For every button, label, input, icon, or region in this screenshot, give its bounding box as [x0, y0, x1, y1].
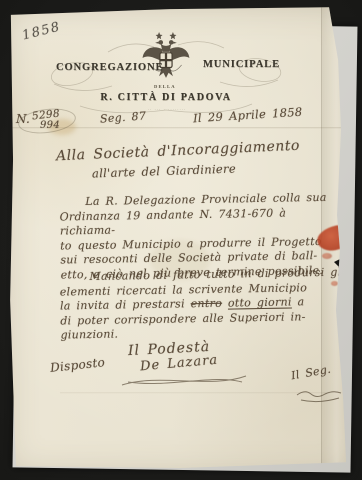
org-name-left: CONGREGAZIONE	[56, 62, 163, 73]
address-line-2: all'arte del Giardiniere	[92, 161, 236, 180]
star-icon	[156, 32, 163, 39]
disposto-note: Disposto	[49, 355, 105, 375]
letterhead: CONGREGAZIONE MUNICIPALE DELLA R. CITTÀ …	[50, 26, 282, 118]
protocol-number-label: N.	[16, 112, 30, 126]
section-number: Seg. 87	[100, 109, 147, 125]
body-line-segment: la invita di prestarsi	[60, 297, 191, 312]
strikethrough-word: entro	[191, 297, 223, 311]
eagle-emblem	[140, 28, 192, 88]
star-icon	[169, 32, 176, 39]
underlined-phrase: otto giorni	[228, 296, 292, 310]
signature-flourish	[118, 371, 250, 389]
city-banner: R. CITTÀ DI PADOVA	[78, 92, 254, 103]
scanned-letter-page: 1858	[0, 0, 362, 480]
protocol-number: N. 5298 994	[14, 108, 84, 138]
protocol-number-bottom: 994	[40, 120, 60, 131]
org-name-right: MUNICIPALE	[203, 59, 280, 70]
fold-crease-horizontal-2	[60, 392, 330, 394]
body-paragraph-2: Mancando di fatto tutto in di prodursi g…	[59, 265, 350, 343]
paper-sheet: 1858	[0, 0, 362, 480]
body-line-segment: a	[292, 295, 305, 308]
della-label: DELLA	[154, 84, 176, 89]
secretary-paraph	[293, 387, 349, 405]
address-line-1: Alla Società d'Incoraggiamento	[56, 138, 300, 165]
